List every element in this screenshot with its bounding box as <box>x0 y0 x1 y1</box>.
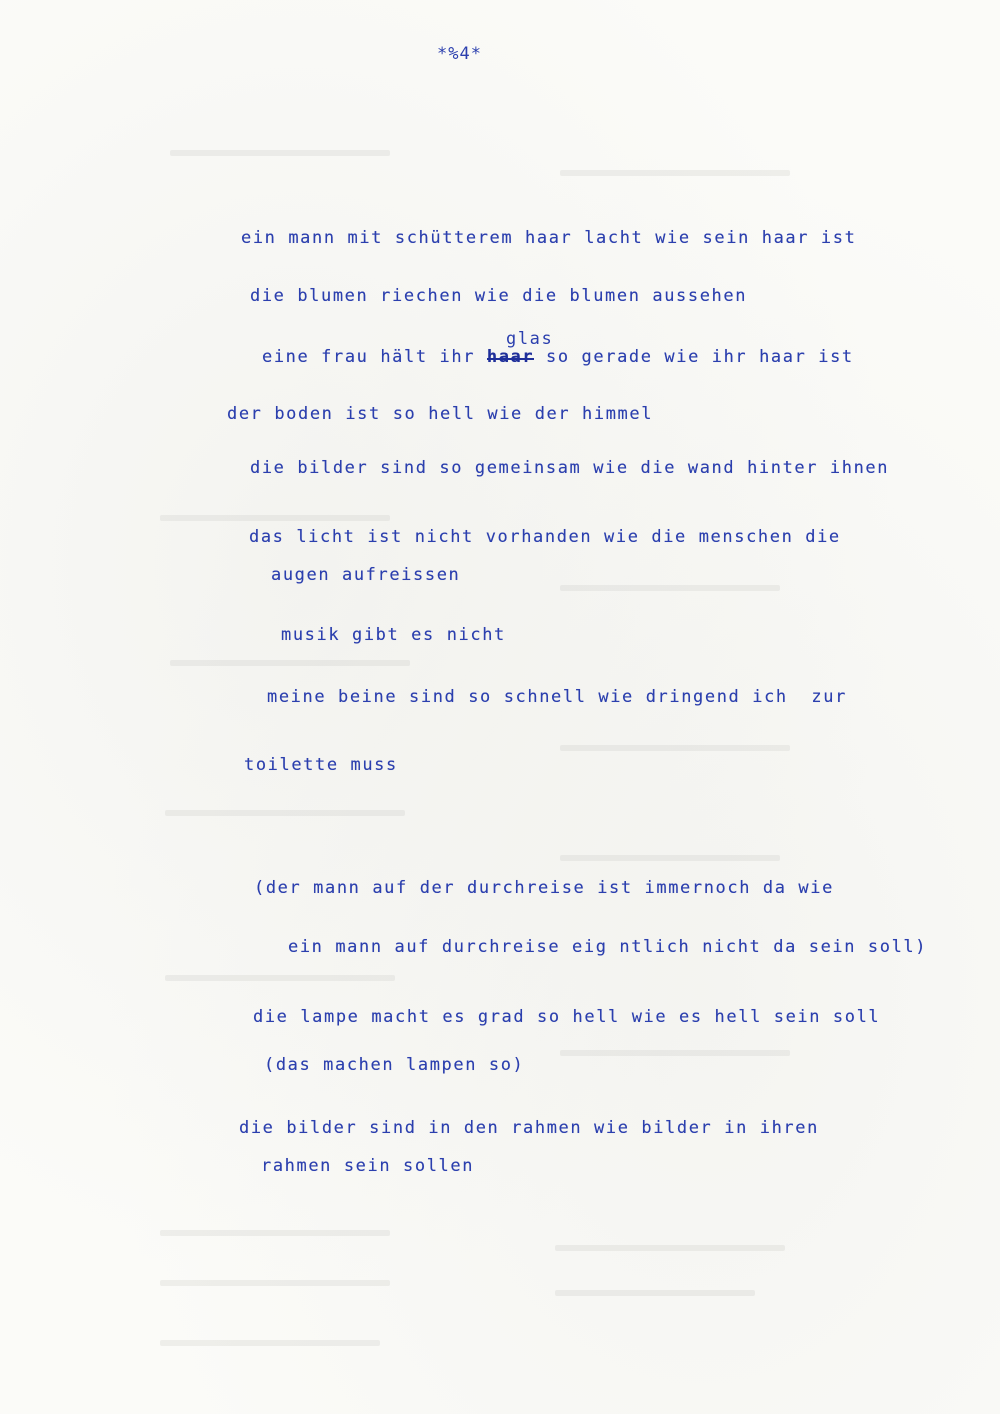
poem-line: (der mann auf der durchreise ist immerno… <box>254 880 834 897</box>
poem-line: die bilder sind in den rahmen wie bilder… <box>239 1120 819 1137</box>
struck-through-word: haar <box>487 349 534 366</box>
bleed-through-mark <box>560 855 780 861</box>
poem-line: ein mann mit schütterem haar lacht wie s… <box>241 230 856 247</box>
poem-line: die blumen riechen wie die blumen ausseh… <box>250 288 747 305</box>
poem-line: meine beine sind so schnell wie dringend… <box>267 689 847 706</box>
poem-line-with-correction: eine frau hält ihr haar so gerade wie ih… <box>262 349 854 366</box>
poem-line: der boden ist so hell wie der himmel <box>227 406 653 423</box>
bleed-through-mark <box>555 1245 785 1251</box>
poem-line: augen aufreissen <box>271 567 460 584</box>
page-number: *%4* <box>437 44 482 64</box>
poem-line: musik gibt es nicht <box>281 627 506 644</box>
bleed-through-mark <box>560 745 790 751</box>
poem-line: ein mann auf durchreise eig ntlich nicht… <box>288 939 927 956</box>
handwritten-insertion: glas <box>506 329 553 349</box>
poem-line: die bilder sind so gemeinsam wie die wan… <box>250 460 889 477</box>
line-text-before: eine frau hält ihr <box>262 347 487 367</box>
bleed-through-mark <box>160 1340 380 1346</box>
bleed-through-mark <box>555 1290 755 1296</box>
bleed-through-mark <box>160 515 390 521</box>
poem-line: toilette muss <box>244 757 398 774</box>
line-text-after: so gerade wie ihr haar ist <box>534 347 854 367</box>
bleed-through-mark <box>165 975 395 981</box>
bleed-through-mark <box>165 810 405 816</box>
bleed-through-mark <box>560 1050 790 1056</box>
poem-line: rahmen sein sollen <box>261 1158 474 1175</box>
bleed-through-mark <box>560 585 780 591</box>
bleed-through-mark <box>170 150 390 156</box>
poem-line: das licht ist nicht vorhanden wie die me… <box>249 529 841 546</box>
typewritten-page: *%4* ein mann mit schütterem haar lacht … <box>0 0 1000 1414</box>
bleed-through-mark <box>160 1280 390 1286</box>
bleed-through-mark <box>170 660 410 666</box>
bleed-through-mark <box>560 170 790 176</box>
poem-line: (das machen lampen so) <box>264 1057 524 1074</box>
poem-line: die lampe macht es grad so hell wie es h… <box>253 1009 880 1026</box>
bleed-through-mark <box>160 1230 390 1236</box>
